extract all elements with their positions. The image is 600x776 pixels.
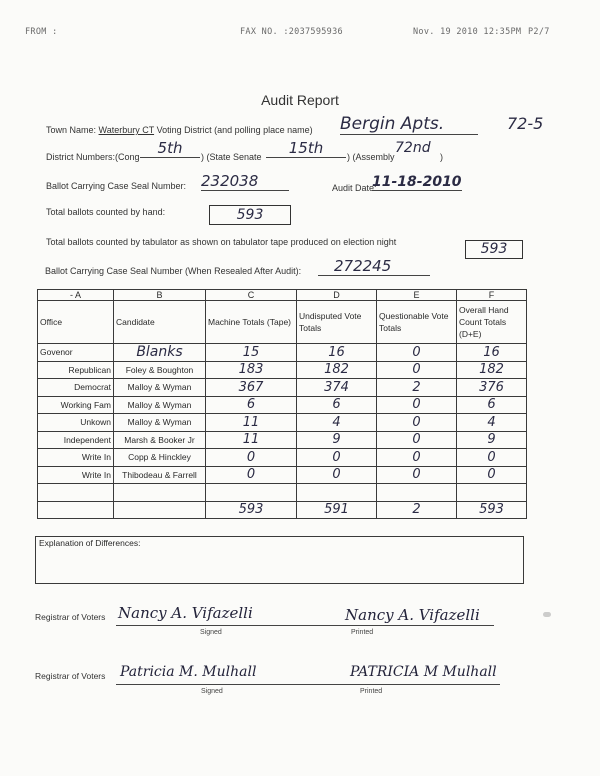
overall-total-cell: 182	[457, 361, 527, 379]
machine-total-cell: 11	[206, 431, 297, 449]
overall-total-cell: 16	[457, 344, 527, 362]
questionable-total-cell: 0	[377, 361, 457, 379]
machine-total-cell: 367	[206, 379, 297, 397]
reseal-value: 272245	[318, 257, 430, 276]
undisputed-total-cell	[297, 484, 377, 502]
district-code: 72-5	[507, 114, 543, 133]
totals-row: 593 591 2 593	[38, 501, 527, 519]
voting-district-label: Voting District (and polling place name)	[157, 125, 313, 135]
column-letter: E	[377, 290, 457, 301]
column-header-overall: Overall Hand Count Totals (D+E)	[457, 301, 527, 344]
questionable-total-cell	[377, 484, 457, 502]
machine-total-cell: 6	[206, 396, 297, 414]
machine-total-cell: 0	[206, 449, 297, 467]
reseal-label: Ballot Carrying Case Seal Number (When R…	[45, 266, 301, 276]
total-overall: 593	[457, 501, 527, 519]
questionable-total-cell: 0	[377, 414, 457, 432]
machine-total-cell: 15	[206, 344, 297, 362]
office-cell: Write In	[38, 466, 114, 484]
overall-total-cell: 0	[457, 449, 527, 467]
registrar-2-line	[116, 684, 500, 685]
registrar-1-printed-caption: Printed	[351, 629, 373, 636]
machine-total-cell: 0	[206, 466, 297, 484]
tabulator-count-value: 593	[465, 240, 523, 259]
table-row	[38, 484, 527, 502]
town-row: Town Name: Waterbury CT Voting District …	[46, 125, 313, 135]
hand-count-label: Total ballots counted by hand:	[46, 207, 165, 217]
explanation-label: Explanation of Differences:	[39, 538, 140, 548]
column-letter: C	[206, 290, 297, 301]
machine-total-cell	[206, 484, 297, 502]
registrar-2-signed-caption: Signed	[201, 688, 223, 695]
table-row: RepublicanFoley & Boughton1831820182	[38, 361, 527, 379]
machine-total-cell: 183	[206, 361, 297, 379]
column-headers-row: Office Candidate Machine Totals (Tape) U…	[38, 301, 527, 344]
totals-candidate	[114, 501, 206, 519]
column-header-office: Office	[38, 301, 114, 344]
candidate-cell: Foley & Boughton	[114, 361, 206, 379]
audit-date-label: Audit Date:	[332, 183, 377, 193]
column-header-machine: Machine Totals (Tape)	[206, 301, 297, 344]
column-header-undisputed: Undisputed Vote Totals	[297, 301, 377, 344]
fax-from: FROM :	[25, 27, 58, 37]
overall-total-cell: 6	[457, 396, 527, 414]
district-cong-value: 5th	[140, 139, 200, 158]
column-letter: B	[114, 290, 206, 301]
hand-count-value: 593	[209, 205, 291, 225]
questionable-total-cell: 0	[377, 344, 457, 362]
registrar-2-printed: PATRICIA M Mulhall	[350, 664, 497, 680]
table-row: Working FamMalloy & Wyman6606	[38, 396, 527, 414]
questionable-total-cell: 0	[377, 466, 457, 484]
column-letter: F	[457, 290, 527, 301]
undisputed-total-cell: 0	[297, 449, 377, 467]
questionable-total-cell: 0	[377, 396, 457, 414]
office-cell: Independent	[38, 431, 114, 449]
registrar-1-printed: Nancy A. Vifazelli	[345, 606, 480, 624]
undisputed-total-cell: 9	[297, 431, 377, 449]
candidate-cell: Thibodeau & Farrell	[114, 466, 206, 484]
candidate-cell: Marsh & Booker Jr	[114, 431, 206, 449]
seal-value: 232038	[201, 172, 289, 191]
column-letter: D	[297, 290, 377, 301]
table-row: UnkownMalloy & Wyman11404	[38, 414, 527, 432]
overall-total-cell: 4	[457, 414, 527, 432]
table-row: GovenorBlanks1516016	[38, 344, 527, 362]
undisputed-total-cell: 182	[297, 361, 377, 379]
overall-total-cell: 9	[457, 431, 527, 449]
voting-district-value: Bergin Apts.	[340, 114, 478, 135]
registrar-2-printed-caption: Printed	[360, 688, 382, 695]
overall-total-cell	[457, 484, 527, 502]
machine-total-cell: 11	[206, 414, 297, 432]
overall-total-cell: 376	[457, 379, 527, 397]
explanation-box: Explanation of Differences:	[35, 536, 524, 584]
total-questionable: 2	[377, 501, 457, 519]
fax-date: Nov. 19 2010 12:35PM	[413, 27, 521, 37]
table-row: Write InThibodeau & Farrell0000	[38, 466, 527, 484]
total-undisputed: 591	[297, 501, 377, 519]
office-cell: Working Fam	[38, 396, 114, 414]
page-title: Audit Report	[0, 92, 600, 108]
table-row: IndependentMarsh & Booker Jr11909	[38, 431, 527, 449]
registrar-1-line	[116, 625, 494, 626]
tabulator-count-label: Total ballots counted by tabulator as sh…	[46, 237, 396, 247]
total-machine: 593	[206, 501, 297, 519]
questionable-total-cell: 0	[377, 431, 457, 449]
state-senate-label: ) (State Senate	[201, 152, 262, 162]
seal-label: Ballot Carrying Case Seal Number:	[46, 181, 186, 191]
candidate-cell: Malloy & Wyman	[114, 396, 206, 414]
office-cell: Unkown	[38, 414, 114, 432]
town-value: Waterbury CT	[99, 125, 155, 135]
undisputed-total-cell: 16	[297, 344, 377, 362]
table-row: Write InCopp & Hinckley0000	[38, 449, 527, 467]
registrar-2-label: Registrar of Voters	[35, 671, 105, 681]
assembly-close: )	[440, 152, 443, 162]
column-letter: - A	[38, 290, 114, 301]
office-cell: Republican	[38, 361, 114, 379]
registrar-1-signed-caption: Signed	[200, 629, 222, 636]
candidate-cell: Malloy & Wyman	[114, 414, 206, 432]
audit-table: - A B C D E F Office Candidate Machine T…	[37, 289, 527, 519]
audit-date-value: 11-18-2010	[372, 174, 462, 191]
scan-smudge	[543, 612, 551, 617]
office-cell	[38, 484, 114, 502]
office-cell: Write In	[38, 449, 114, 467]
fax-page: P2/7	[528, 27, 550, 37]
state-senate-value: 15th	[266, 139, 346, 158]
candidate-cell: Blanks	[114, 344, 206, 362]
overall-total-cell: 0	[457, 466, 527, 484]
registrar-2-signed: Patricia M. Mulhall	[120, 664, 256, 680]
column-letters-row: - A B C D E F	[38, 290, 527, 301]
questionable-total-cell: 2	[377, 379, 457, 397]
office-cell: Democrat	[38, 379, 114, 397]
office-cell: Govenor	[38, 344, 114, 362]
town-label: Town Name:	[46, 125, 96, 135]
registrar-1-label: Registrar of Voters	[35, 612, 105, 622]
undisputed-total-cell: 6	[297, 396, 377, 414]
questionable-total-cell: 0	[377, 449, 457, 467]
totals-office	[38, 501, 114, 519]
undisputed-total-cell: 374	[297, 379, 377, 397]
candidate-cell: Copp & Hinckley	[114, 449, 206, 467]
registrar-1-signed: Nancy A. Vifazelli	[118, 604, 253, 622]
table-row: DemocratMalloy & Wyman3673742376	[38, 379, 527, 397]
undisputed-total-cell: 4	[297, 414, 377, 432]
undisputed-total-cell: 0	[297, 466, 377, 484]
fax-number: FAX NO. :2037595936	[240, 27, 343, 37]
candidate-cell	[114, 484, 206, 502]
district-cong-label: District Numbers:(Cong	[46, 152, 140, 162]
assembly-label: ) (Assembly	[347, 152, 395, 162]
assembly-value: 72nd	[395, 140, 431, 156]
column-header-questionable: Questionable Vote Totals	[377, 301, 457, 344]
column-header-candidate: Candidate	[114, 301, 206, 344]
candidate-cell: Malloy & Wyman	[114, 379, 206, 397]
